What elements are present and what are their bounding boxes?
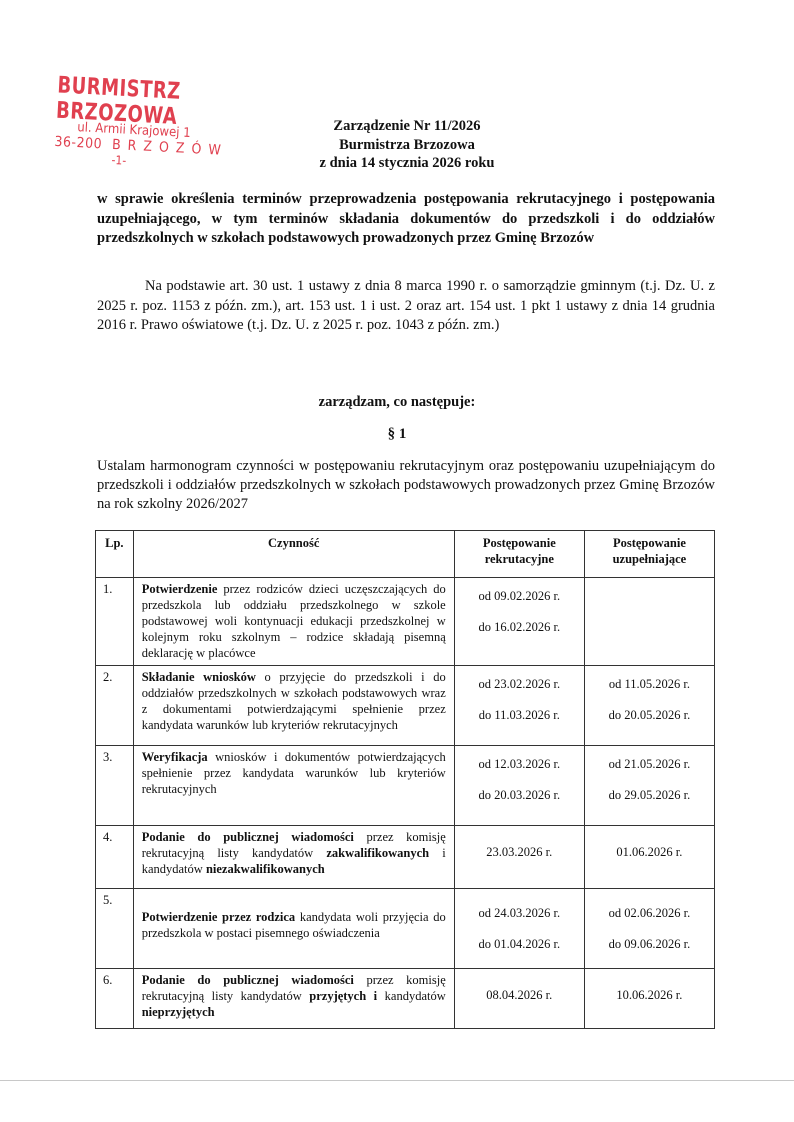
date-value: do 20.05.2026 r. bbox=[585, 707, 714, 723]
date-value: od 02.06.2026 r. bbox=[585, 905, 714, 921]
date-value: do 16.02.2026 r. bbox=[455, 619, 584, 635]
supplementary-dates: 01.06.2026 r. bbox=[584, 826, 714, 889]
table-row: 2.Składanie wniosków o przyjęcie do prze… bbox=[96, 666, 715, 746]
activity-text: Podanie do publicznej wiadomości przez k… bbox=[134, 969, 454, 1020]
table-row: 3.Weryfikacja wniosków i dokumentów potw… bbox=[96, 746, 715, 826]
date-value: 10.06.2026 r. bbox=[585, 987, 714, 1003]
date-value: od 24.03.2026 r. bbox=[455, 905, 584, 921]
date-value: 08.04.2026 r. bbox=[455, 987, 584, 1003]
row-activity: Potwierdzenie przez rodziców dzieci uczę… bbox=[133, 578, 454, 666]
row-number: 4. bbox=[96, 826, 134, 889]
row-number: 3. bbox=[96, 746, 134, 826]
row-activity: Podanie do publicznej wiadomości przez k… bbox=[133, 969, 454, 1029]
table-body: 1.Potwierdzenie przez rodziców dzieci uc… bbox=[96, 578, 715, 1029]
row-number: 6. bbox=[96, 969, 134, 1029]
row-activity: Składanie wniosków o przyjęcie do przeds… bbox=[133, 666, 454, 746]
table-row: 1.Potwierdzenie przez rodziców dzieci uc… bbox=[96, 578, 715, 666]
decree-heading: zarządzam, co następuje: bbox=[0, 394, 794, 411]
date-value: od 21.05.2026 r. bbox=[585, 756, 714, 772]
row-number: 5. bbox=[96, 889, 134, 969]
date-value: do 01.04.2026 r. bbox=[455, 936, 584, 952]
activity-text: Podanie do publicznej wiadomości przez k… bbox=[134, 826, 454, 877]
recruitment-dates: 23.03.2026 r. bbox=[454, 826, 584, 889]
row-number-label: 2. bbox=[96, 666, 133, 685]
page-edge-line bbox=[0, 1080, 794, 1081]
recruitment-dates: od 23.02.2026 r.do 11.03.2026 r. bbox=[454, 666, 584, 746]
date-value: do 11.03.2026 r. bbox=[455, 707, 584, 723]
row-activity: Weryfikacja wniosków i dokumentów potwie… bbox=[133, 746, 454, 826]
title-date: z dnia 14 stycznia 2026 roku bbox=[0, 154, 794, 173]
table-row: 4.Podanie do publicznej wiadomości przez… bbox=[96, 826, 715, 889]
header-recruitment: Postępowanie rekrutacyjne bbox=[454, 531, 584, 578]
row-activity: Potwierdzenie przez rodzica kandydata wo… bbox=[133, 889, 454, 969]
date-value: 01.06.2026 r. bbox=[585, 844, 714, 860]
supplementary-dates: 10.06.2026 r. bbox=[584, 969, 714, 1029]
activity-text: Składanie wniosków o przyjęcie do przeds… bbox=[134, 666, 454, 733]
paragraph-text: Ustalam harmonogram czynności w postępow… bbox=[97, 457, 715, 514]
header-lp: Lp. bbox=[96, 531, 134, 578]
date-value: do 29.05.2026 r. bbox=[585, 787, 714, 803]
paragraph-number: § 1 bbox=[0, 426, 794, 443]
date-value: od 23.02.2026 r. bbox=[455, 676, 584, 692]
date-value: do 09.06.2026 r. bbox=[585, 936, 714, 952]
date-value: od 11.05.2026 r. bbox=[585, 676, 714, 692]
supplementary-dates: od 11.05.2026 r.do 20.05.2026 r. bbox=[584, 666, 714, 746]
date-value: do 20.03.2026 r. bbox=[455, 787, 584, 803]
supplementary-dates bbox=[584, 578, 714, 666]
header-supplementary: Postępowanie uzupełniające bbox=[584, 531, 714, 578]
row-activity: Podanie do publicznej wiadomości przez k… bbox=[133, 826, 454, 889]
row-number-label: 6. bbox=[96, 969, 133, 988]
row-number-label: 4. bbox=[96, 826, 133, 845]
recruitment-dates: od 12.03.2026 r.do 20.03.2026 r. bbox=[454, 746, 584, 826]
activity-text: Weryfikacja wniosków i dokumentów potwie… bbox=[134, 746, 454, 797]
row-number-label: 3. bbox=[96, 746, 133, 765]
title-number: Zarządzenie Nr 11/2026 bbox=[0, 117, 794, 136]
date-value: od 09.02.2026 r. bbox=[455, 588, 584, 604]
supplementary-dates: od 21.05.2026 r.do 29.05.2026 r. bbox=[584, 746, 714, 826]
table-row: 5.Potwierdzenie przez rodzica kandydata … bbox=[96, 889, 715, 969]
recruitment-dates: od 09.02.2026 r.do 16.02.2026 r. bbox=[454, 578, 584, 666]
recruitment-dates: od 24.03.2026 r.do 01.04.2026 r. bbox=[454, 889, 584, 969]
table-row: 6.Podanie do publicznej wiadomości przez… bbox=[96, 969, 715, 1029]
row-number-label: 5. bbox=[96, 889, 133, 908]
schedule-table: Lp. Czynność Postępowanie rekrutacyjne P… bbox=[95, 530, 715, 1029]
title-issuer: Burmistrza Brzozowa bbox=[0, 136, 794, 155]
document-subject: w sprawie określenia terminów przeprowad… bbox=[97, 190, 715, 249]
header-supplementary-label: Postępowanie uzupełniające bbox=[585, 531, 714, 567]
header-lp-label: Lp. bbox=[96, 531, 133, 551]
supplementary-dates: od 02.06.2026 r.do 09.06.2026 r. bbox=[584, 889, 714, 969]
table-header-row: Lp. Czynność Postępowanie rekrutacyjne P… bbox=[96, 531, 715, 578]
legal-basis: Na podstawie art. 30 ust. 1 ustawy z dni… bbox=[97, 277, 715, 336]
row-number-label: 1. bbox=[96, 578, 133, 597]
row-number: 2. bbox=[96, 666, 134, 746]
header-activity-label: Czynność bbox=[134, 531, 454, 551]
header-activity: Czynność bbox=[133, 531, 454, 578]
activity-text: Potwierdzenie przez rodzica kandydata wo… bbox=[134, 889, 454, 941]
date-value: 23.03.2026 r. bbox=[455, 844, 584, 860]
row-number: 1. bbox=[96, 578, 134, 666]
date-value: od 12.03.2026 r. bbox=[455, 756, 584, 772]
recruitment-dates: 08.04.2026 r. bbox=[454, 969, 584, 1029]
document-title: Zarządzenie Nr 11/2026 Burmistrza Brzozo… bbox=[0, 117, 794, 173]
activity-text: Potwierdzenie przez rodziców dzieci uczę… bbox=[134, 578, 454, 661]
header-recruitment-label: Postępowanie rekrutacyjne bbox=[455, 531, 584, 567]
